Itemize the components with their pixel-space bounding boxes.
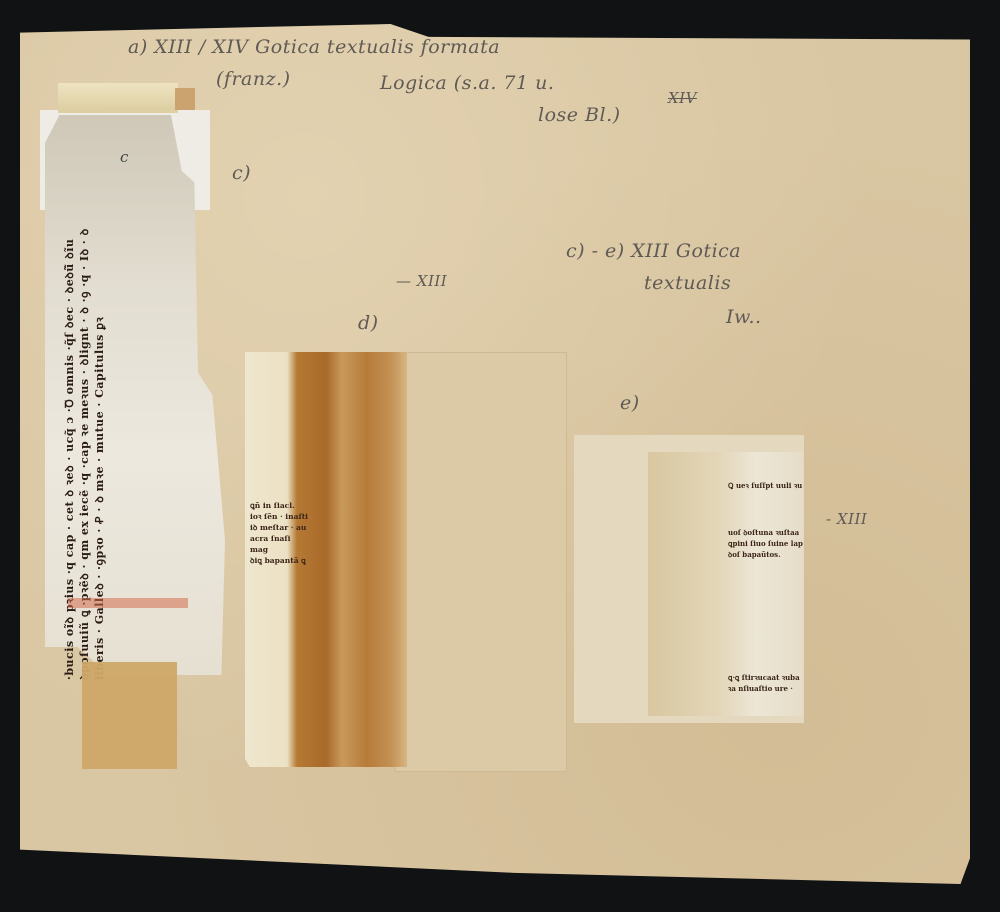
annotation-logica: Logica (s.a. 71 u.: [380, 72, 554, 94]
label-e: e): [620, 392, 640, 414]
text-line: ꝺiꝗ bapantã ꝗ: [250, 555, 310, 566]
date-e: - XIII: [826, 510, 867, 528]
fragment-e-block-b: uoſ ꝺoſtuna ꝛuſtaa ꝗpini ſiuo ſuine lap …: [728, 527, 804, 560]
text-line: ioꝛ ſẽn · inaſti: [250, 511, 310, 522]
text-line: ꝺoſ bapaũtos.: [728, 549, 804, 560]
text-line: acra ſnaſi mag: [250, 533, 310, 555]
label-c: c): [232, 162, 251, 184]
annotation-range-2: textualis: [644, 272, 731, 294]
text-line: uoſ ꝺoſtuna ꝛuſtaa: [728, 527, 804, 538]
text-line: ꝗ·ꝗ ſtirꝛucaat ꝛuba: [728, 672, 804, 683]
annotation-line-1: a) XIII / XIV Gotica textualis formata: [128, 36, 500, 58]
label-d: d): [358, 312, 379, 334]
label-c-strip: c: [120, 148, 129, 166]
tape-top: [58, 83, 178, 113]
annotation-struck-xiv: XIV: [668, 89, 697, 107]
mount-d: [395, 352, 567, 772]
annotation-range-3: Iw..: [726, 306, 762, 328]
fragment-c-text: ·bucis oĩꝺ pꝛius ·q cap · cet ꝺ ꝛeꝺ · uc…: [62, 210, 222, 680]
rubric-band: [68, 598, 188, 608]
annotation-franz: (franz.): [216, 68, 291, 90]
text-line: ꝗñ in ſiacl.: [250, 500, 310, 511]
annotation-range-1: c) - e) XIII Gotica: [566, 240, 741, 262]
tape-bottom: [82, 662, 177, 769]
text-line: ꝗpini ſiuo ſuine lap: [728, 538, 804, 549]
annotation-logica-cont: lose Bl.): [538, 104, 621, 126]
text-line: ꝛa nſiuaſtio ure ·: [728, 683, 804, 694]
text-line: iꝺ meſtar · au: [250, 522, 310, 533]
fragment-e-line-a: Ꝗ ueꝛ ſuſſpt uuli ꝛu: [728, 480, 804, 491]
fragment-d-text: ꝗñ in ſiacl. ioꝛ ſẽn · inaſti iꝺ meſtar …: [250, 500, 310, 566]
tape-hinge: [175, 88, 195, 110]
fragment-e-block-c: ꝗ·ꝗ ſtirꝛucaat ꝛuba ꝛa nſiuaſtio ure ·: [728, 672, 804, 694]
date-d: — XIII: [396, 272, 447, 290]
